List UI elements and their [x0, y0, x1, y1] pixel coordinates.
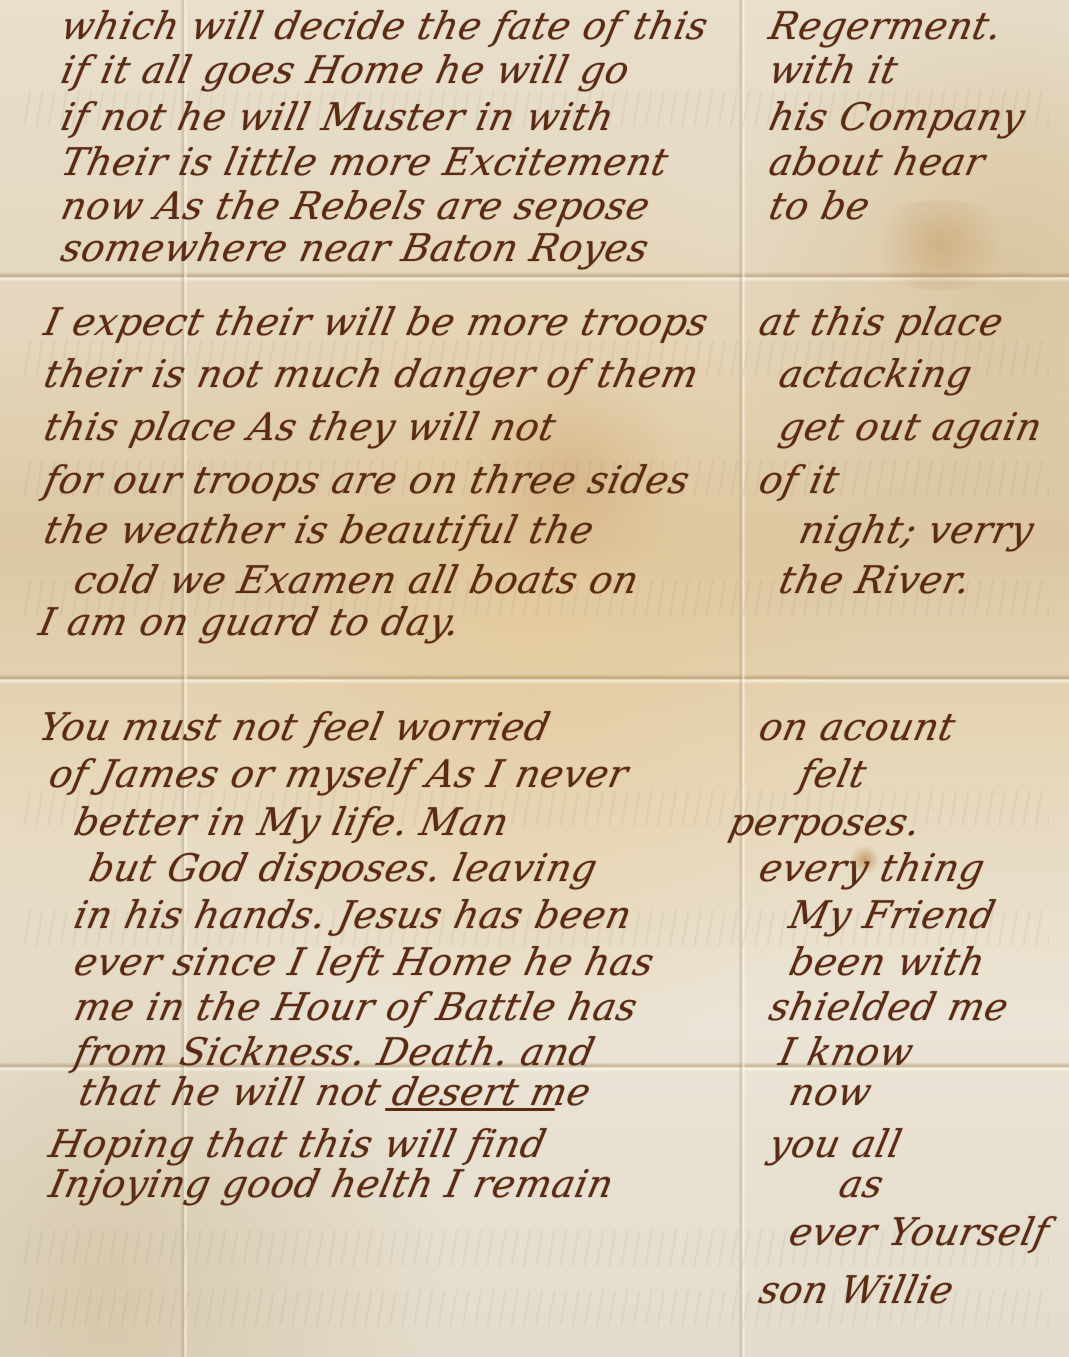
letter-line: about hear: [765, 140, 989, 184]
fold-crease-middle: [0, 674, 1069, 684]
letter-line: night; verry: [795, 508, 1038, 552]
letter-line: My Friend: [785, 893, 999, 937]
letter-line: to be: [765, 184, 874, 228]
letter-line: I know: [775, 1030, 917, 1074]
letter-page: which will decide the fate of this Reger…: [0, 0, 1069, 1357]
letter-line: their is not much danger of them: [40, 352, 703, 396]
letter-line: if not he will Muster in with: [57, 95, 618, 139]
letter-line: felt: [795, 752, 870, 796]
letter-line: better in My life. Man: [70, 800, 513, 844]
letter-line: Hoping that this will find: [45, 1122, 550, 1166]
fold-crease-vertical-center: [738, 0, 746, 1357]
letter-line: the weather is beautiful the: [40, 508, 598, 552]
letter-line: as: [835, 1162, 888, 1206]
letter-line: on acount: [755, 705, 959, 749]
letter-line: but God disposes. leaving: [85, 846, 601, 890]
letter-line: get out again: [775, 405, 1046, 449]
letter-line: now As the Rebels are sepose: [57, 184, 654, 228]
letter-line: with it: [765, 48, 902, 92]
letter-line: ever since I left Home he has: [70, 940, 658, 984]
letter-line: in his hands. Jesus has been: [70, 893, 636, 937]
letter-line: at this place: [755, 300, 1007, 344]
underline-stroke: [385, 1108, 555, 1111]
letter-line: Regerment.: [765, 4, 1006, 48]
letter-line: of it: [755, 458, 843, 502]
letter-line: his Company: [765, 95, 1029, 139]
letter-line: every thing: [755, 846, 989, 890]
letter-line: somewhere near Baton Royes: [57, 226, 653, 270]
closing: ever Yourself: [785, 1210, 1053, 1254]
letter-line: I am on guard to day.: [35, 600, 464, 644]
letter-line: Injoying good helth I remain: [45, 1162, 617, 1206]
letter-line: for our troops are on three sides: [40, 458, 693, 502]
letter-line: you all: [765, 1122, 906, 1166]
letter-line: You must not feel worried: [35, 705, 554, 749]
letter-line: now: [785, 1070, 876, 1114]
letter-line: I expect their will be more troops: [40, 300, 712, 344]
letter-line: actacking: [775, 352, 976, 396]
signature: son Willie: [755, 1268, 958, 1312]
letter-line: this place As they will not: [40, 405, 560, 449]
letter-line: if it all goes Home he will go: [57, 48, 633, 92]
letter-line: from Sickness. Death. and: [70, 1030, 599, 1074]
letter-line: Their is little more Excitement: [57, 140, 672, 184]
letter-line: been with: [785, 940, 989, 984]
letter-line: perposes.: [725, 800, 925, 844]
letter-line: cold we Examen all boats on: [70, 558, 643, 602]
stain: [860, 200, 1020, 290]
letter-line: which will decide the fate of this: [57, 4, 712, 48]
letter-line: shielded me: [765, 985, 1012, 1029]
letter-line: the River.: [775, 558, 974, 602]
letter-line: of James or myself As I never: [45, 752, 632, 796]
letter-line: me in the Hour of Battle has: [70, 985, 641, 1029]
